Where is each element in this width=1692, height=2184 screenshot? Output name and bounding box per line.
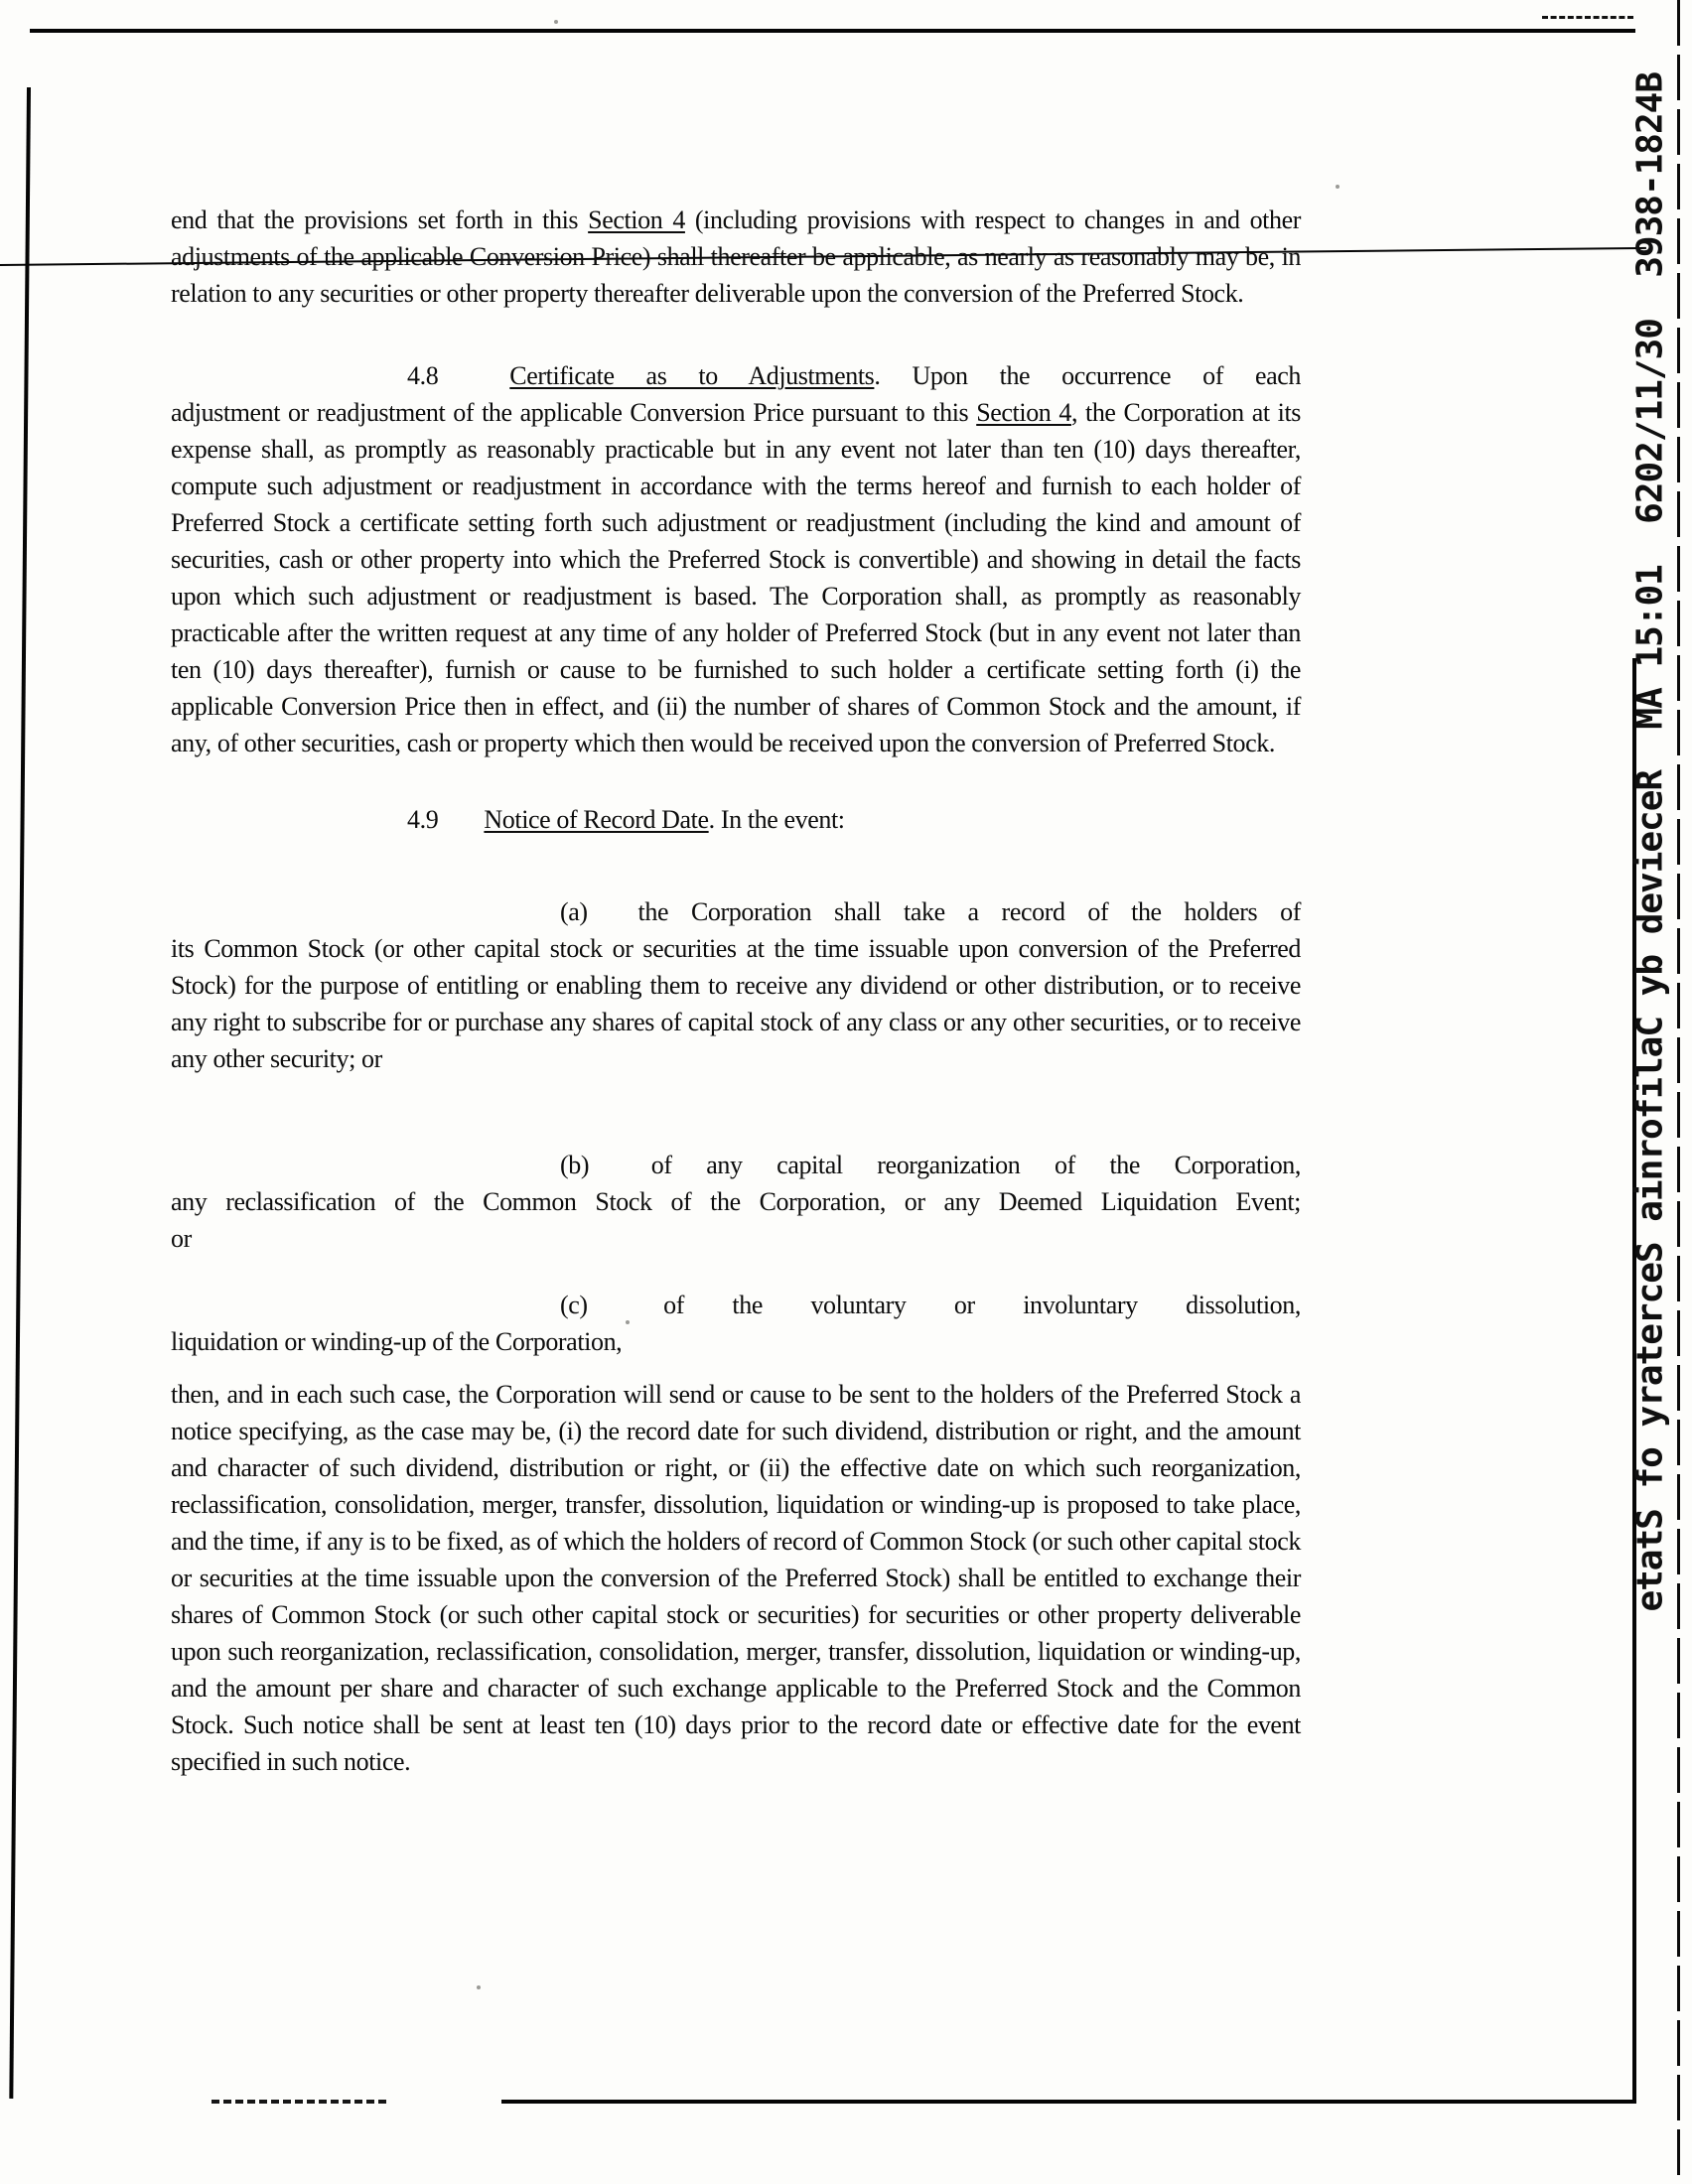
clause-label: (c) <box>560 1291 588 1319</box>
clause-a-body: its Common Stock (or other capital stock… <box>171 930 1301 1077</box>
body-text: of the voluntary or involuntary dissolut… <box>663 1291 1301 1319</box>
body-text: liquidation or winding-up of the Corpora… <box>171 1327 622 1356</box>
body-text: adjustment or readjustment of the applic… <box>171 398 976 427</box>
section-4-8-title: Certificate as to Adjustments <box>509 361 874 390</box>
clause-label: (b) <box>560 1151 589 1179</box>
section-4-8-body: adjustment or readjustment of the applic… <box>171 394 1301 761</box>
clause-label: (a) <box>560 897 588 926</box>
body-text: or <box>171 1224 192 1253</box>
body-text: . In the event: <box>709 805 845 834</box>
scan-speck <box>477 1985 481 1989</box>
body-text: its Common Stock (or other capital stock… <box>171 934 1301 1073</box>
scanned-document-page: etatS fo yraterceS ainrofilaC yb deviece… <box>0 0 1692 2184</box>
section-number: 4.9 <box>407 805 438 834</box>
closing-paragraph: then, and in each such case, the Corpora… <box>171 1376 1301 1780</box>
body-text: of any capital reorganization of the Cor… <box>651 1151 1301 1179</box>
clause-a: (a) the Corporation shall take a record … <box>171 893 1301 1077</box>
page-border-top-dashes <box>1542 16 1633 19</box>
clause-c: (c) of the voluntary or involuntary diss… <box>171 1287 1301 1360</box>
clause-a-first-line: (a) the Corporation shall take a record … <box>171 893 1301 930</box>
section-4-reference: Section 4 <box>588 205 685 234</box>
body-text: the Corporation shall take a record of t… <box>638 897 1301 926</box>
section-4-8: 4.8 Certificate as to Adjustments. Upon … <box>171 357 1301 761</box>
body-text: . Upon the occurrence of each <box>874 361 1301 390</box>
document-text-column: end that the provisions set forth in thi… <box>171 202 1301 1780</box>
page-border-bottom-dashes <box>211 2100 386 2104</box>
section-4-8-heading-line: 4.8 Certificate as to Adjustments. Upon … <box>171 357 1301 394</box>
page-border-top <box>30 29 1635 33</box>
section-4-9: 4.9 Notice of Record Date. In the event: <box>171 801 1301 838</box>
clause-c-first-line: (c) of the voluntary or involuntary diss… <box>171 1287 1301 1323</box>
page-border-left <box>9 87 31 2099</box>
section-4-9-title: Notice of Record Date <box>484 805 708 834</box>
body-text: any reclassification of the Common Stock… <box>171 1187 1301 1216</box>
body-text: end that the provisions set forth in thi… <box>171 205 588 234</box>
clause-b: (b) of any capital reorganization of the… <box>171 1147 1301 1257</box>
clause-b-second-line: any reclassification of the Common Stock… <box>171 1183 1301 1220</box>
page-border-right-outer <box>1677 0 1680 2184</box>
sos-received-stamp: etatS fo yraterceS ainrofilaC yb deviece… <box>1631 72 1671 1612</box>
page-border-bottom <box>501 2100 1636 2104</box>
scan-speck <box>1336 185 1339 189</box>
section-4-reference: Section 4 <box>976 398 1071 427</box>
body-text: , the Corporation at its expense shall, … <box>171 398 1301 757</box>
body-text: then, and in each such case, the Corpora… <box>171 1380 1301 1776</box>
clause-c-second-line: liquidation or winding-up of the Corpora… <box>171 1323 1301 1360</box>
clause-b-third-line: or <box>171 1220 1301 1257</box>
paragraph-continuation: end that the provisions set forth in thi… <box>171 202 1301 312</box>
scan-speck <box>554 20 558 24</box>
clause-b-first-line: (b) of any capital reorganization of the… <box>171 1147 1301 1183</box>
section-number: 4.8 <box>407 361 438 390</box>
